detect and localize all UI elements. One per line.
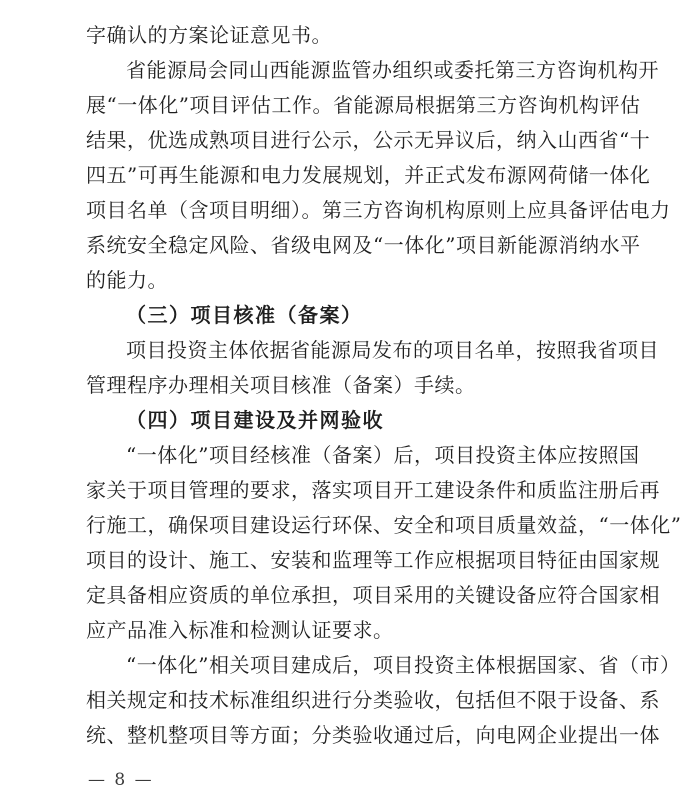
text-line: 省能源局会同山西能源监管办组织或委托第三方咨询机构开	[86, 53, 604, 88]
text-line: 系统安全稳定风险、省级电网及“一体化”项目新能源消纳水平	[86, 228, 604, 263]
section-heading: （三）项目核准（备案）	[86, 298, 604, 333]
text-line: “一体化”项目经核准（备案）后，项目投资主体应按照国	[86, 438, 604, 473]
text-line: 管理程序办理相关项目核准（备案）手续。	[86, 368, 604, 403]
text-line: 字确认的方案论证意见书。	[86, 18, 604, 53]
document-page: 字确认的方案论证意见书。省能源局会同山西能源监管办组织或委托第三方咨询机构开展“…	[0, 0, 686, 800]
text-line: 结果，优选成熟项目进行公示，公示无异议后，纳入山西省“十	[86, 123, 604, 158]
text-line: 相关规定和技术标准组织进行分类验收，包括但不限于设备、系	[86, 683, 604, 718]
page-number: — 8 —	[88, 770, 154, 790]
text-line: 四五”可再生能源和电力发展规划，并正式发布源网荷储一体化	[86, 158, 604, 193]
text-line: “一体化”相关项目建成后，项目投资主体根据国家、省（市）	[86, 648, 604, 683]
text-line: 应产品准入标准和检测认证要求。	[86, 613, 604, 648]
text-line: 统、整机整项目等方面；分类验收通过后，向电网企业提出一体	[86, 718, 604, 753]
section-heading: （四）项目建设及并网验收	[86, 403, 604, 438]
text-line: 行施工，确保项目建设运行环保、安全和项目质量效益，“一体化”	[86, 508, 604, 543]
text-line: 的能力。	[86, 263, 604, 298]
text-line: 项目名单（含项目明细）。第三方咨询机构原则上应具备评估电力	[86, 193, 604, 228]
text-line: 展“一体化”项目评估工作。省能源局根据第三方咨询机构评估	[86, 88, 604, 123]
text-line: 项目投资主体依据省能源局发布的项目名单，按照我省项目	[86, 333, 604, 368]
text-line: 项目的设计、施工、安装和监理等工作应根据项目特征由国家规	[86, 543, 604, 578]
text-line: 家关于项目管理的要求，落实项目开工建设条件和质监注册后再	[86, 473, 604, 508]
document-body: 字确认的方案论证意见书。省能源局会同山西能源监管办组织或委托第三方咨询机构开展“…	[86, 18, 604, 753]
text-line: 定具备相应资质的单位承担，项目采用的关键设备应符合国家相	[86, 578, 604, 613]
